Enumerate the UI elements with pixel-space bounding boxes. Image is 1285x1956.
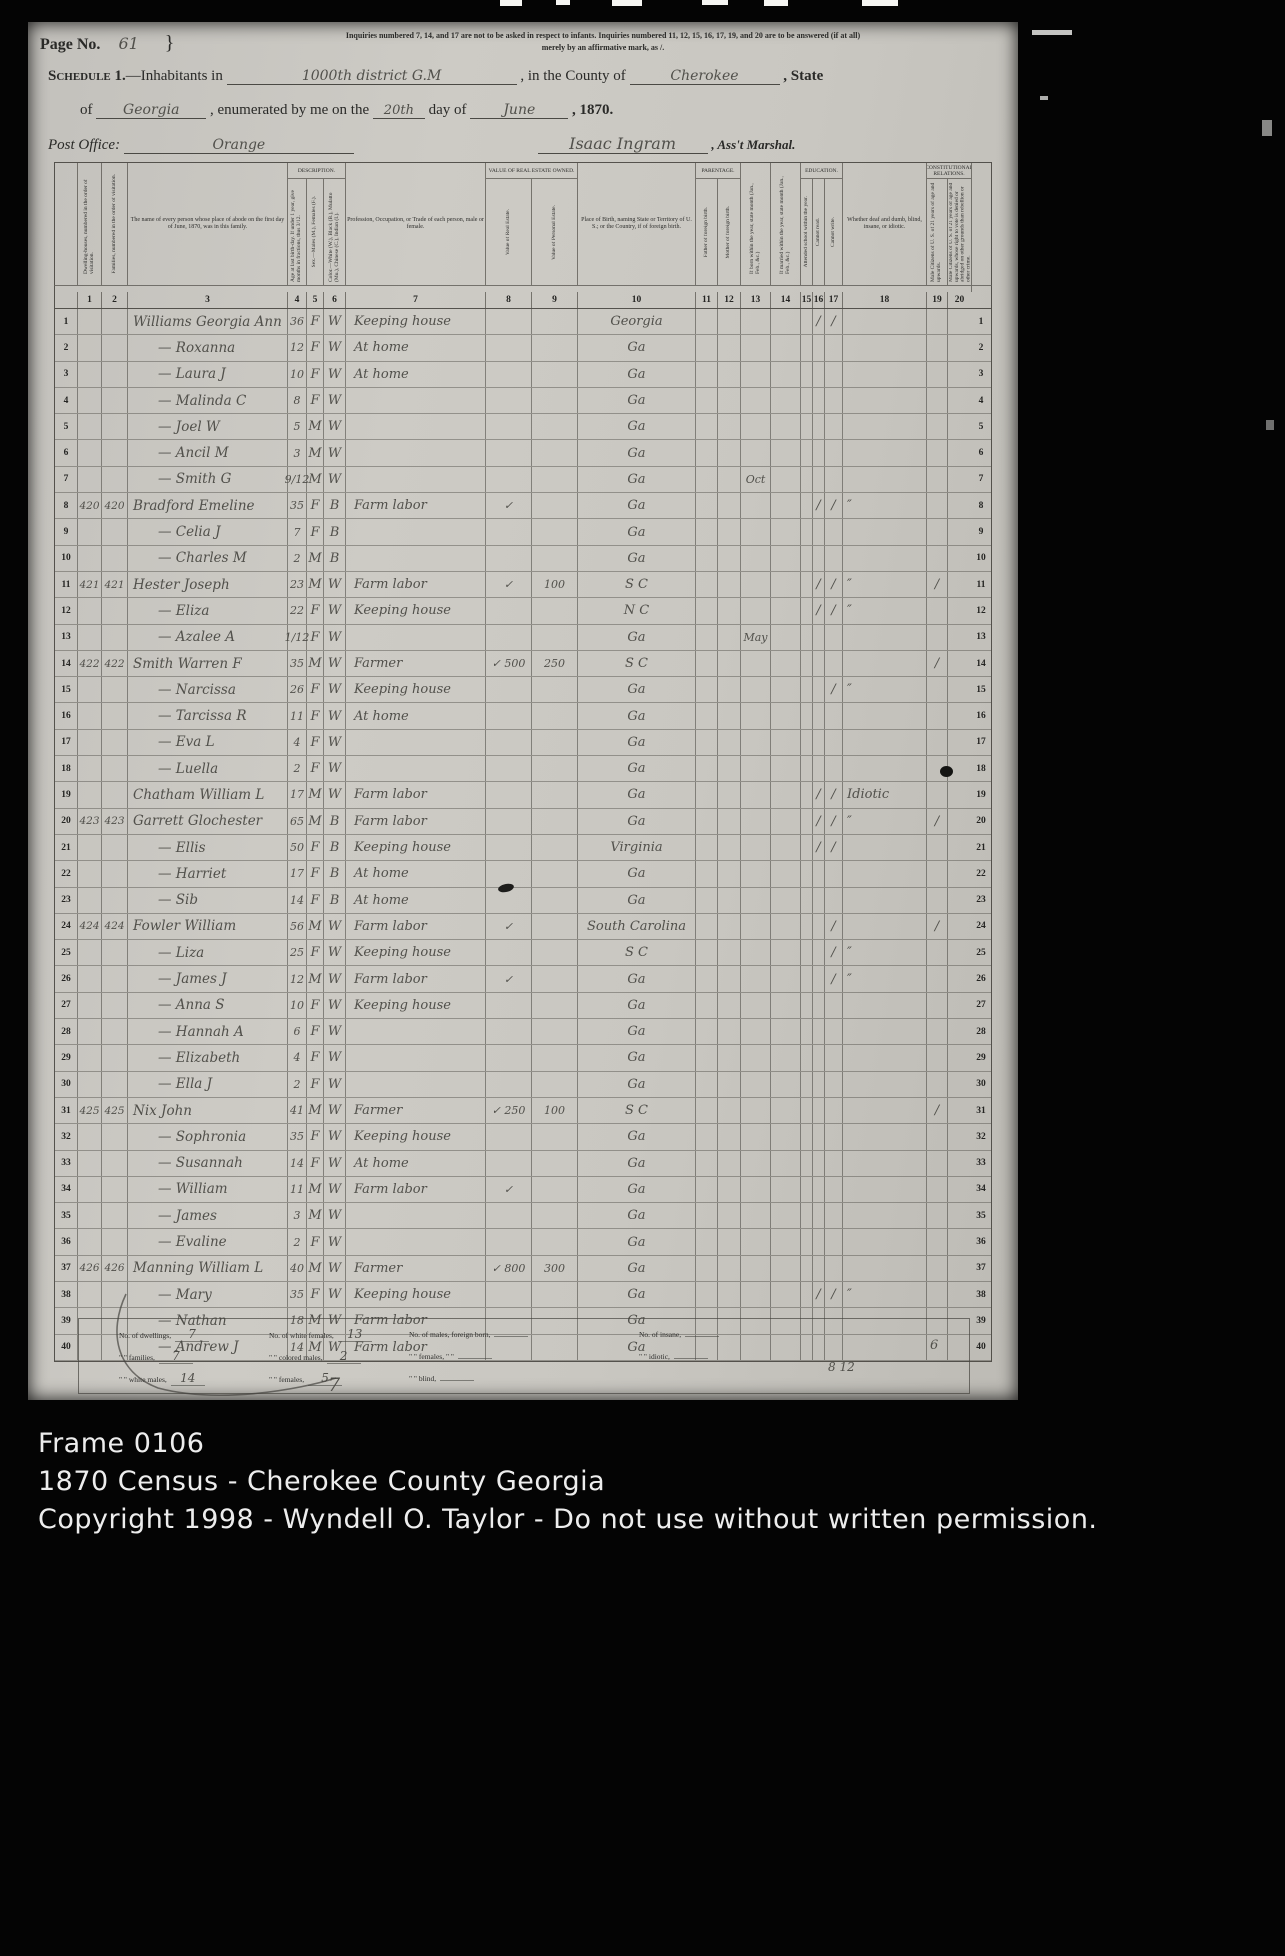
cell-born_month — [740, 1045, 770, 1070]
cell-school — [800, 1256, 812, 1281]
county-value: Cherokee — [630, 68, 780, 85]
cell-cannot_write — [824, 1098, 842, 1123]
cell-real_estate — [485, 1151, 531, 1176]
cell-name: — Malinda C — [127, 388, 287, 413]
month-value: June — [470, 102, 568, 119]
schedule-text-7: , 1870. — [572, 102, 613, 118]
census-scan-page: { "page_header": { "page_no_label": "Pag… — [0, 0, 1285, 1956]
film-scratch — [1032, 30, 1072, 35]
cell-father_fb — [695, 1019, 717, 1044]
cell-age: 2 — [287, 546, 306, 571]
cell-cannot_read — [812, 730, 824, 755]
cell-denied — [947, 1072, 971, 1097]
cell-age: 5 — [287, 414, 306, 439]
cell-name: — William — [127, 1177, 287, 1202]
cell-born_month — [740, 730, 770, 755]
cell-color: W — [323, 993, 345, 1018]
cell-family — [101, 888, 127, 913]
cell-real_estate — [485, 835, 531, 860]
cell-sex: F — [306, 1019, 323, 1044]
cell-name: — Sib — [127, 888, 287, 913]
cell-real_estate — [485, 309, 531, 334]
cell-occupation: Farmer — [345, 1098, 485, 1123]
cell-deaf_dumb — [842, 625, 926, 650]
cell-age: 4 — [287, 730, 306, 755]
cell-deaf_dumb: ″ — [842, 677, 926, 702]
number-row-margin — [55, 286, 77, 292]
cell-real_estate: ✓ 800 — [485, 1256, 531, 1281]
cell-mother_fb — [717, 1124, 740, 1149]
cell-personal_estate — [531, 677, 577, 702]
table-row: 2— Roxanna12FWAt homeGa2 — [55, 335, 991, 361]
line-number-left: 19 — [55, 782, 77, 807]
cell-father_fb — [695, 493, 717, 518]
cell-occupation: Farm labor — [345, 572, 485, 597]
cell-personal_estate: 250 — [531, 651, 577, 676]
cell-born_month — [740, 888, 770, 913]
cell-dwelling: 426 — [77, 1256, 101, 1281]
cell-real_estate: ✓ 500 — [485, 651, 531, 676]
cell-personal_estate — [531, 782, 577, 807]
cell-occupation: Keeping house — [345, 677, 485, 702]
cell-occupation: Farm labor — [345, 782, 485, 807]
cell-deaf_dumb — [842, 1177, 926, 1202]
cell-real_estate — [485, 598, 531, 623]
cell-real_estate — [485, 1282, 531, 1307]
cell-school — [800, 598, 812, 623]
cell-cannot_read — [812, 1151, 824, 1176]
line-number-left: 11 — [55, 572, 77, 597]
schedule-text-6: day of — [429, 102, 467, 118]
cell-denied — [947, 598, 971, 623]
cell-name: — Elizabeth — [127, 1045, 287, 1070]
cell-dwelling: 421 — [77, 572, 101, 597]
cell-denied — [947, 1045, 971, 1070]
cell-color: W — [323, 677, 345, 702]
line-number-left: 9 — [55, 519, 77, 544]
cell-family — [101, 1019, 127, 1044]
table-row: 6— Ancil M3MWGa6 — [55, 440, 991, 466]
cell-family — [101, 730, 127, 755]
cell-deaf_dumb — [842, 362, 926, 387]
cell-deaf_dumb — [842, 309, 926, 334]
cell-cannot_read — [812, 1177, 824, 1202]
cell-denied — [947, 440, 971, 465]
cell-denied — [947, 1177, 971, 1202]
line-number-right: 40 — [971, 1335, 991, 1360]
cell-married_month — [770, 546, 800, 571]
cell-cannot_read — [812, 651, 824, 676]
line-number-left: 13 — [55, 625, 77, 650]
cell-citizen — [926, 493, 947, 518]
column-number: 16 — [812, 292, 824, 308]
cell-father_fb — [695, 1203, 717, 1228]
cell-birthplace: Ga — [577, 414, 695, 439]
cell-father_fb — [695, 309, 717, 334]
cell-school — [800, 1177, 812, 1202]
cell-personal_estate — [531, 309, 577, 334]
cell-cannot_write — [824, 1151, 842, 1176]
cell-color: B — [323, 835, 345, 860]
cell-color: W — [323, 414, 345, 439]
line-number-left: 31 — [55, 1098, 77, 1123]
cell-color: B — [323, 546, 345, 571]
cell-color: W — [323, 651, 345, 676]
column-header-family: Families, numbered in the order of visit… — [112, 174, 118, 274]
cell-name: — Ancil M — [127, 440, 287, 465]
cell-born_month — [740, 1151, 770, 1176]
cell-occupation: Keeping house — [345, 993, 485, 1018]
cell-occupation: Farm labor — [345, 493, 485, 518]
cell-father_fb — [695, 782, 717, 807]
tally-value — [494, 1336, 528, 1337]
line-number-right: 27 — [971, 993, 991, 1018]
cell-mother_fb — [717, 1177, 740, 1202]
column-number: 3 — [127, 292, 287, 308]
cell-color: B — [323, 519, 345, 544]
line-number-left: 16 — [55, 703, 77, 728]
cell-family — [101, 861, 127, 886]
cell-born_month — [740, 1229, 770, 1254]
table-row: 32— Sophronia35FWKeeping houseGa32 — [55, 1124, 991, 1150]
header-margin-cell — [971, 163, 991, 285]
cell-real_estate — [485, 1124, 531, 1149]
cell-citizen — [926, 888, 947, 913]
cell-cannot_write: / — [824, 572, 842, 597]
post-office-label: Post Office: — [48, 137, 120, 153]
cell-school — [800, 388, 812, 413]
cell-deaf_dumb: ″ — [842, 493, 926, 518]
cell-sex: M — [306, 782, 323, 807]
table-row: 26— James J12MWFarm labor✓Ga/″26 — [55, 966, 991, 992]
cell-citizen — [926, 362, 947, 387]
cell-real_estate: ✓ — [485, 914, 531, 939]
cell-name: Bradford Emeline — [127, 493, 287, 518]
column-header-personal_estate: Value of Personal Estate. — [552, 205, 558, 260]
cell-born_month — [740, 493, 770, 518]
cell-family: 420 — [101, 493, 127, 518]
cell-married_month — [770, 677, 800, 702]
table-row: 34— William11MWFarm labor✓Ga34 — [55, 1177, 991, 1203]
cell-citizen — [926, 1124, 947, 1149]
cell-birthplace: Georgia — [577, 309, 695, 334]
cell-sex: M — [306, 966, 323, 991]
cell-cannot_write — [824, 546, 842, 571]
cell-father_fb — [695, 835, 717, 860]
cell-father_fb — [695, 546, 717, 571]
cell-family — [101, 993, 127, 1018]
cell-real_estate: ✓ — [485, 572, 531, 597]
cell-mother_fb — [717, 914, 740, 939]
cell-family — [101, 625, 127, 650]
cell-family — [101, 756, 127, 781]
cell-family — [101, 966, 127, 991]
cell-sex: M — [306, 414, 323, 439]
cell-occupation — [345, 625, 485, 650]
cell-color: W — [323, 362, 345, 387]
table-row: 31425425Nix John41MWFarmer✓ 250100S C/31 — [55, 1098, 991, 1124]
cell-married_month — [770, 1229, 800, 1254]
cell-school — [800, 1203, 812, 1228]
cell-mother_fb — [717, 1098, 740, 1123]
cell-married_month — [770, 1124, 800, 1149]
cell-citizen — [926, 1072, 947, 1097]
cell-father_fb — [695, 388, 717, 413]
column-number: 1 — [77, 292, 101, 308]
cell-real_estate — [485, 940, 531, 965]
tally-label: " " females, " " — [409, 1352, 454, 1361]
line-number-right: 30 — [971, 1072, 991, 1097]
cell-real_estate — [485, 703, 531, 728]
cell-married_month — [770, 1098, 800, 1123]
cell-name: — James J — [127, 966, 287, 991]
cell-denied — [947, 335, 971, 360]
line-number-left: 17 — [55, 730, 77, 755]
cell-color: W — [323, 309, 345, 334]
line-number-right: 19 — [971, 782, 991, 807]
cell-age: 26 — [287, 677, 306, 702]
cell-name: — Roxanna — [127, 335, 287, 360]
cell-deaf_dumb — [842, 1072, 926, 1097]
cell-cannot_read — [812, 1124, 824, 1149]
cell-deaf_dumb: ″ — [842, 809, 926, 834]
line-number-left: 1 — [55, 309, 77, 334]
cell-real_estate — [485, 388, 531, 413]
cell-sex: F — [306, 888, 323, 913]
cell-deaf_dumb: Idiotic — [842, 782, 926, 807]
cell-personal_estate — [531, 1229, 577, 1254]
cell-personal_estate — [531, 940, 577, 965]
cell-dwelling: 422 — [77, 651, 101, 676]
cell-sex: F — [306, 1229, 323, 1254]
line-number-right: 35 — [971, 1203, 991, 1228]
cell-father_fb — [695, 1282, 717, 1307]
line-number-left: 33 — [55, 1151, 77, 1176]
line-number-right: 16 — [971, 703, 991, 728]
table-row: 37426426Manning William L40MWFarmer✓ 800… — [55, 1256, 991, 1282]
cell-cannot_read — [812, 703, 824, 728]
cell-sex: M — [306, 440, 323, 465]
cell-father_fb — [695, 1124, 717, 1149]
cell-born_month — [740, 1072, 770, 1097]
cell-real_estate: ✓ 250 — [485, 1098, 531, 1123]
line-number-left: 30 — [55, 1072, 77, 1097]
tally-label: No. of males, foreign born, — [409, 1330, 490, 1339]
cell-father_fb — [695, 1177, 717, 1202]
cell-dwelling: 420 — [77, 493, 101, 518]
cell-mother_fb — [717, 1229, 740, 1254]
cell-real_estate — [485, 1229, 531, 1254]
cell-dwelling: 425 — [77, 1098, 101, 1123]
cell-father_fb — [695, 1098, 717, 1123]
line-number-right: 34 — [971, 1177, 991, 1202]
cell-cannot_write — [824, 388, 842, 413]
cell-color: W — [323, 1098, 345, 1123]
cell-denied — [947, 730, 971, 755]
cell-citizen — [926, 598, 947, 623]
cell-married_month — [770, 782, 800, 807]
caption-frame: Frame 0106 — [38, 1428, 204, 1459]
cell-birthplace: Ga — [577, 966, 695, 991]
cell-color: W — [323, 388, 345, 413]
cell-birthplace: Ga — [577, 546, 695, 571]
line-number-left: 2 — [55, 335, 77, 360]
cell-denied — [947, 546, 971, 571]
cell-real_estate — [485, 546, 531, 571]
tally-label: " " idiotic, — [639, 1352, 670, 1361]
line-number-left: 10 — [55, 546, 77, 571]
cell-father_fb — [695, 572, 717, 597]
table-row: 3— Laura J10FWAt homeGa3 — [55, 362, 991, 388]
cell-school — [800, 493, 812, 518]
cell-personal_estate — [531, 888, 577, 913]
cell-deaf_dumb — [842, 1124, 926, 1149]
table-row: 28— Hannah A6FWGa28 — [55, 1019, 991, 1045]
cell-cannot_write — [824, 703, 842, 728]
schedule-label: Schedule 1. — [48, 68, 126, 84]
cell-deaf_dumb — [842, 651, 926, 676]
cell-born_month — [740, 835, 770, 860]
line-number-left: 37 — [55, 1256, 77, 1281]
cell-school — [800, 861, 812, 886]
cell-cannot_write: / — [824, 782, 842, 807]
cell-family — [101, 598, 127, 623]
cell-birthplace: Ga — [577, 703, 695, 728]
cell-married_month — [770, 730, 800, 755]
cell-color: W — [323, 782, 345, 807]
column-header-born_month: If born within the year, state month (Ja… — [750, 174, 762, 274]
cell-cannot_write — [824, 467, 842, 492]
line-number-right: 25 — [971, 940, 991, 965]
cell-cannot_read: / — [812, 572, 824, 597]
cell-born_month — [740, 1124, 770, 1149]
cell-sex: F — [306, 1045, 323, 1070]
cell-family — [101, 519, 127, 544]
cell-father_fb — [695, 756, 717, 781]
cell-name: Chatham William L — [127, 782, 287, 807]
state-value: Georgia — [96, 102, 206, 119]
cell-deaf_dumb — [842, 1019, 926, 1044]
cell-occupation — [345, 467, 485, 492]
cell-real_estate: ✓ — [485, 966, 531, 991]
cell-sex: F — [306, 677, 323, 702]
cell-mother_fb — [717, 677, 740, 702]
line-number-right: 24 — [971, 914, 991, 939]
cell-dwelling — [77, 756, 101, 781]
cell-sex: F — [306, 756, 323, 781]
cell-deaf_dumb: ″ — [842, 572, 926, 597]
cell-father_fb — [695, 598, 717, 623]
cell-age: 14 — [287, 1151, 306, 1176]
line-number-right: 18 — [971, 756, 991, 781]
table-row: 35— James3MWGa35 — [55, 1203, 991, 1229]
line-number-right: 38 — [971, 1282, 991, 1307]
cell-family: 424 — [101, 914, 127, 939]
cell-denied — [947, 940, 971, 965]
cell-citizen — [926, 1045, 947, 1070]
column-header-color: Color.—White (W.), Black (B.), Mulatto (… — [329, 182, 341, 282]
line-number-right: 20 — [971, 809, 991, 834]
cell-color: W — [323, 1045, 345, 1070]
cell-dwelling — [77, 1203, 101, 1228]
cell-deaf_dumb: ″ — [842, 598, 926, 623]
cell-married_month — [770, 651, 800, 676]
cell-married_month — [770, 1072, 800, 1097]
cell-cannot_read — [812, 1229, 824, 1254]
cell-birthplace: Ga — [577, 1045, 695, 1070]
tally-right-mark: 6 — [930, 1338, 938, 1353]
cell-age: 65 — [287, 809, 306, 834]
cell-name: Nix John — [127, 1098, 287, 1123]
cell-age: 8 — [287, 388, 306, 413]
cell-dwelling — [77, 335, 101, 360]
column-group-header: PARENTAGE. — [695, 163, 740, 179]
cell-age: 36 — [287, 309, 306, 334]
cell-sex: F — [306, 598, 323, 623]
cell-denied — [947, 625, 971, 650]
cell-occupation: At home — [345, 335, 485, 360]
cell-born_month — [740, 440, 770, 465]
cell-color: B — [323, 861, 345, 886]
cell-cannot_write — [824, 625, 842, 650]
table-row: 29— Elizabeth4FWGa29 — [55, 1045, 991, 1071]
cell-age: 2 — [287, 756, 306, 781]
line-number-left: 8 — [55, 493, 77, 518]
cell-mother_fb — [717, 888, 740, 913]
cell-birthplace: S C — [577, 651, 695, 676]
cell-sex: F — [306, 993, 323, 1018]
cell-born_month — [740, 546, 770, 571]
cell-sex: F — [306, 493, 323, 518]
cell-occupation — [345, 1019, 485, 1044]
column-number: 2 — [101, 292, 127, 308]
cell-personal_estate — [531, 1282, 577, 1307]
cell-color: W — [323, 966, 345, 991]
cell-occupation: Farmer — [345, 651, 485, 676]
cell-occupation — [345, 730, 485, 755]
cell-sex: F — [306, 861, 323, 886]
cell-school — [800, 1151, 812, 1176]
cell-married_month — [770, 1019, 800, 1044]
cell-sex: M — [306, 572, 323, 597]
cell-birthplace: Ga — [577, 1151, 695, 1176]
cell-cannot_read — [812, 1098, 824, 1123]
cell-color: W — [323, 940, 345, 965]
cell-name: — Tarcissa R — [127, 703, 287, 728]
inquiries-note-line1: Inquiries numbered 7, 14, and 17 are not… — [218, 30, 988, 42]
cell-school — [800, 966, 812, 991]
cell-real_estate — [485, 782, 531, 807]
cell-dwelling — [77, 782, 101, 807]
cell-married_month — [770, 966, 800, 991]
cell-born_month — [740, 309, 770, 334]
schedule-line-1: Schedule 1.—Inhabitants in 1000th distri… — [48, 68, 998, 85]
cell-birthplace: Ga — [577, 756, 695, 781]
cell-name: — Liza — [127, 940, 287, 965]
cell-married_month — [770, 1151, 800, 1176]
cell-citizen — [926, 1177, 947, 1202]
table-row: 23— Sib14FBAt homeGa23 — [55, 888, 991, 914]
column-number: 11 — [695, 292, 717, 308]
cell-born_month — [740, 756, 770, 781]
cell-family — [101, 388, 127, 413]
cell-born_month — [740, 651, 770, 676]
cell-mother_fb — [717, 1282, 740, 1307]
column-header-name: The name of every person whose place of … — [129, 217, 286, 232]
cell-age: 11 — [287, 703, 306, 728]
cell-dwelling — [77, 598, 101, 623]
cell-family — [101, 677, 127, 702]
